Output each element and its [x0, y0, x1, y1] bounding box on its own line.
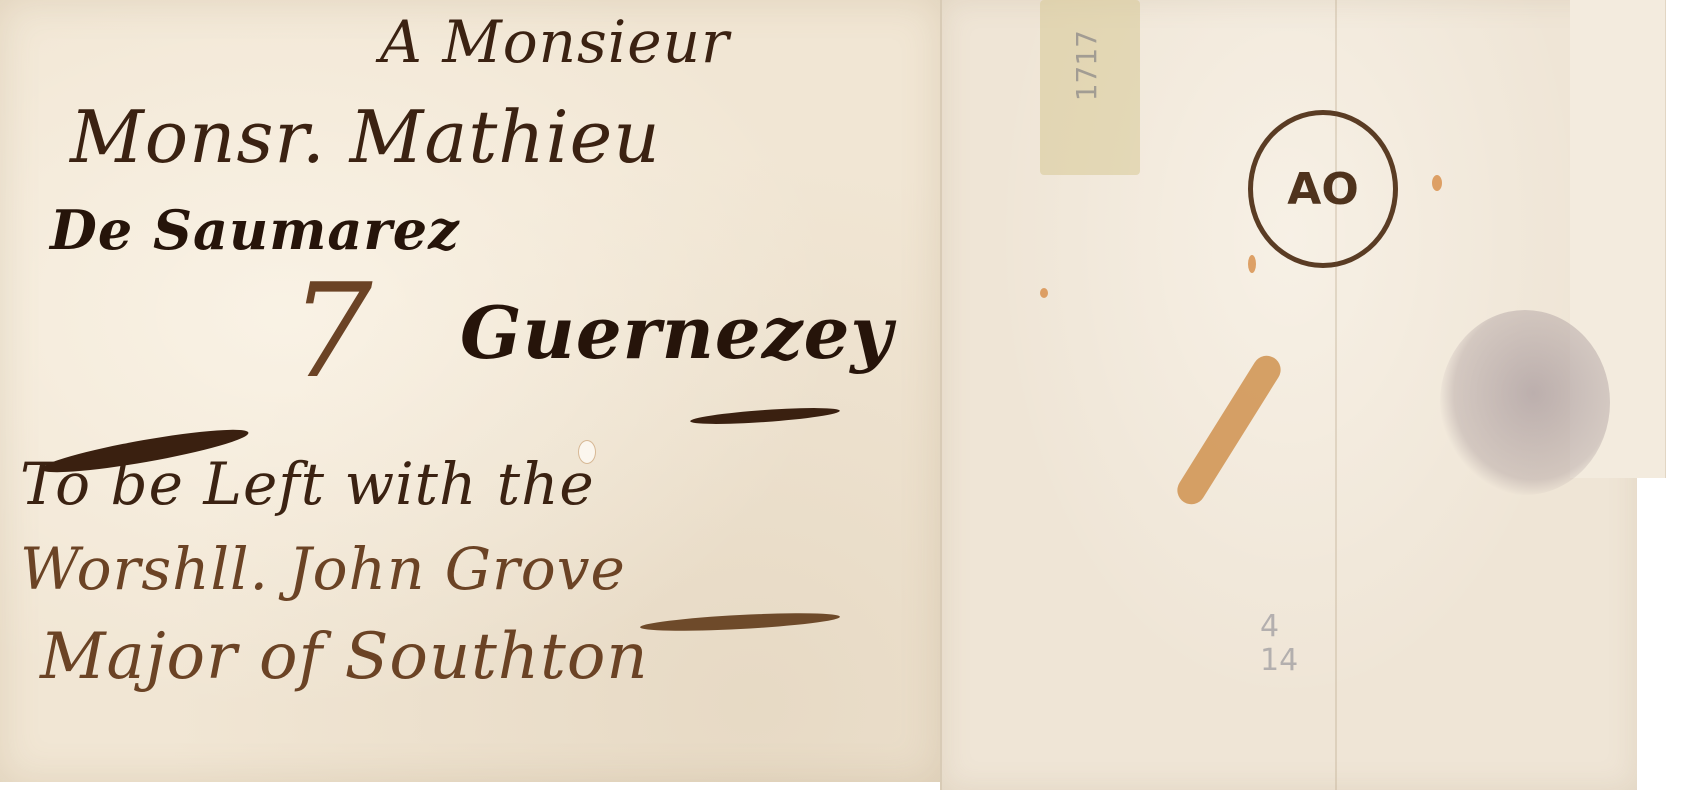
- address-line-2: Monsr. Mathieu: [70, 95, 661, 179]
- address-line-7: Major of Southton: [40, 620, 649, 694]
- stain-speck: [1248, 255, 1256, 273]
- address-line-4: Guernezey: [460, 290, 893, 375]
- pin-hole: [578, 440, 596, 464]
- pencil-note: 4 14: [1260, 610, 1298, 678]
- postmark-stamp: AO: [1248, 110, 1398, 268]
- route-mark: 7: [290, 255, 374, 407]
- stain-speck: [1040, 288, 1048, 298]
- address-line-1: A Monsieur: [380, 8, 730, 76]
- postmark-text: AO: [1287, 164, 1358, 215]
- address-line-3: De Saumarez: [50, 198, 460, 262]
- stain-speck: [1432, 175, 1442, 191]
- archival-label-text: 1717: [1070, 30, 1103, 101]
- archival-label: 1717: [1040, 0, 1140, 175]
- wax-seal-remnant: [1440, 310, 1610, 495]
- address-line-6: Worshll. John Grove: [20, 535, 626, 603]
